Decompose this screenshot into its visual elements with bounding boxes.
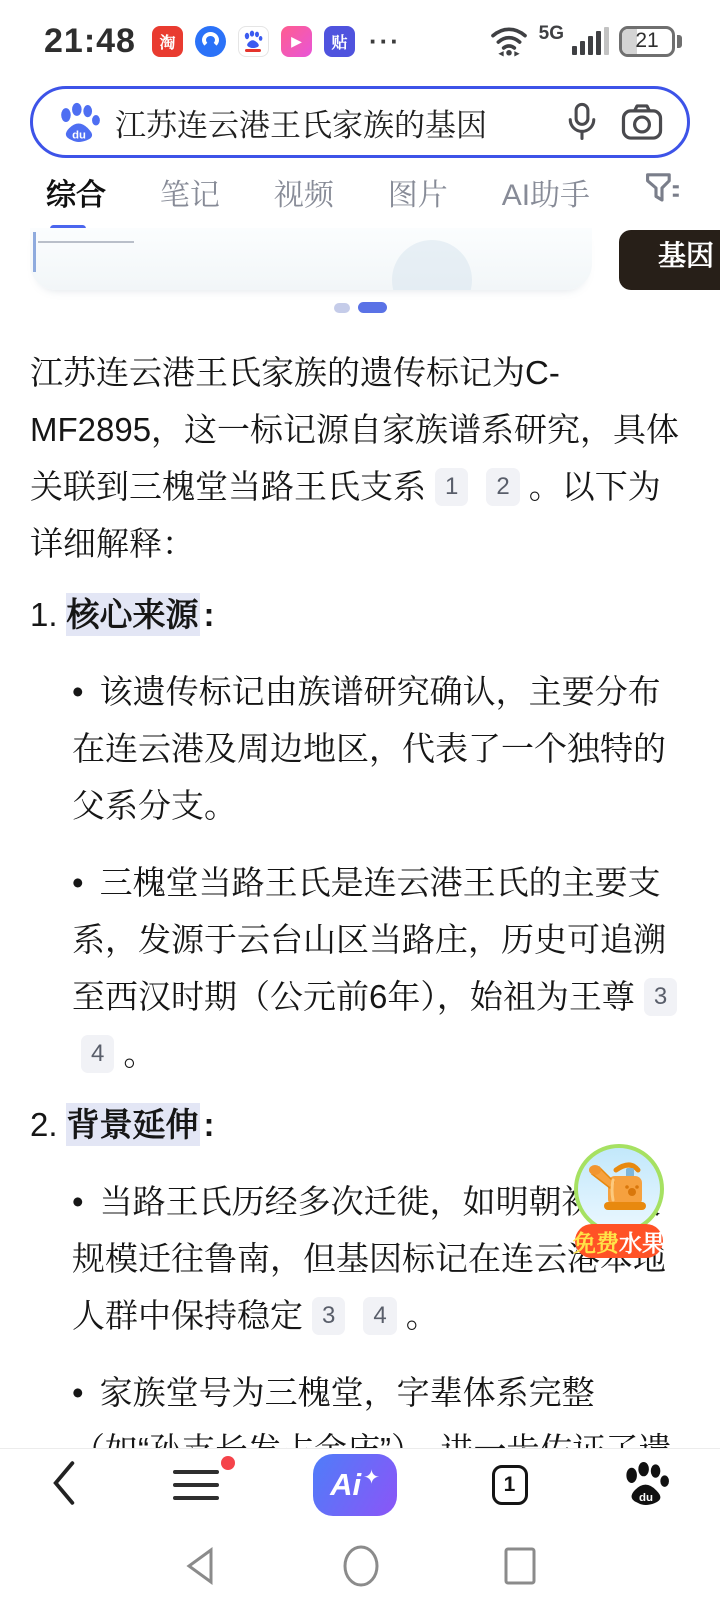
status-bar: 21:48 淘 ▶ 贴 ···	[0, 0, 720, 76]
promo-label-fruit: 水果	[619, 1225, 665, 1258]
notification-icons: 淘 ▶ 贴	[152, 26, 355, 57]
intro-paragraph: 江苏连云港王氏家族的遗传标记为C-MF2895，这一标记源自家族谱系研究，具体关…	[30, 344, 690, 572]
bullet-dot: •	[72, 864, 84, 901]
bullet-text: 该遗传标记由族谱研究确认，主要分布在连云港及周边地区，代表了一个独特的父系分支。	[72, 673, 666, 824]
baidu-logo-icon: du	[57, 102, 101, 142]
more-notifications-icon: ···	[369, 26, 401, 57]
citation-badge[interactable]: 1	[435, 468, 468, 506]
back-chevron-icon	[50, 1460, 78, 1506]
svg-text:du: du	[639, 1492, 653, 1504]
svg-text:du: du	[72, 130, 86, 142]
signal-bars-icon	[572, 27, 609, 55]
result-tabs: 综合 笔记 视频 图片 AI助手	[0, 164, 720, 222]
section-number: 2.	[30, 1106, 58, 1143]
tab-notes[interactable]: 笔记	[160, 170, 220, 224]
baidu-paw-icon: du	[622, 1461, 670, 1505]
promo-label-free: 免费	[573, 1225, 619, 1258]
section-number: 1.	[30, 596, 58, 633]
tab-comprehensive[interactable]: 综合	[46, 170, 106, 224]
menu-icon	[173, 1470, 219, 1474]
citation-badge[interactable]: 4	[363, 1297, 396, 1335]
network-type-label: 5G	[539, 23, 564, 45]
baidu-app-icon	[238, 26, 269, 57]
citation-badge[interactable]: 2	[486, 468, 519, 506]
section-title: 核心来源	[66, 593, 200, 636]
baidu-redbar	[245, 49, 261, 52]
wifi-icon	[489, 25, 529, 57]
menu-button[interactable]	[173, 1470, 219, 1500]
tieba-app-icon: 贴	[324, 26, 355, 57]
carousel-thumbnail[interactable]: 基因	[619, 230, 720, 290]
tab-video[interactable]: 视频	[274, 170, 334, 224]
result-carousel: 基因	[0, 226, 720, 326]
citation-badge[interactable]: 3	[312, 1297, 345, 1335]
bullet-after: 。	[123, 1035, 156, 1072]
nav-back-triangle-icon[interactable]	[183, 1546, 219, 1586]
pagination-dot[interactable]	[334, 303, 350, 313]
card-remnant-hline	[38, 241, 134, 243]
baidu-paw-icon	[243, 30, 263, 48]
voice-search-button[interactable]	[565, 102, 599, 142]
bottom-app-nav: Ai✦ 1 du	[0, 1448, 720, 1521]
back-button[interactable]	[50, 1460, 78, 1511]
microphone-icon	[565, 102, 599, 142]
section-heading-1: 1.核心来源:	[30, 586, 690, 643]
tab-count-label: 1	[504, 1473, 516, 1497]
taobao-glyph: 淘	[159, 30, 175, 53]
pagination-dot-active[interactable]	[358, 302, 387, 313]
play-icon: ▶	[291, 33, 302, 50]
bullet-after: 。	[406, 1297, 439, 1334]
bullet-text: 三槐堂当路王氏是连云港王氏的主要支系，发源于云台山区当路庄，历史可追溯至西汉时期…	[72, 864, 666, 1015]
sparkle-icon: ✦	[363, 1465, 380, 1490]
promo-float-widget[interactable]: 免费水果	[574, 1144, 666, 1234]
notification-dot	[221, 1456, 235, 1470]
card-remnant-decoration	[392, 240, 472, 290]
filter-button[interactable]	[644, 171, 680, 223]
baidu-home-button[interactable]: du	[622, 1461, 670, 1510]
ai-answer: 江苏连云港王氏家族的遗传标记为C-MF2895，这一标记源自家族谱系研究，具体关…	[0, 344, 720, 1478]
carousel-card-remnant[interactable]	[30, 228, 592, 290]
watering-can-icon	[586, 1158, 652, 1220]
bullet-dot: •	[72, 673, 84, 710]
cellular-signal: 5G	[539, 27, 609, 55]
clock: 21:48	[44, 22, 136, 61]
promo-pill[interactable]: 免费水果	[575, 1224, 663, 1258]
battery-icon: 21	[619, 26, 675, 57]
quark-app-icon	[195, 26, 226, 57]
ai-assistant-button[interactable]: Ai✦	[313, 1454, 397, 1516]
phone-screen: 21:48 淘 ▶ 贴 ···	[0, 0, 720, 1610]
status-indicators: 5G 21	[489, 25, 682, 57]
battery-nub	[677, 35, 682, 48]
promo-circle[interactable]	[574, 1144, 664, 1234]
card-remnant-vline	[33, 232, 36, 272]
filter-funnel-icon	[644, 171, 680, 205]
citation-badge[interactable]: 4	[81, 1035, 114, 1073]
citation-badge[interactable]: 3	[644, 978, 677, 1016]
tieba-glyph: 贴	[331, 30, 347, 53]
android-nav-bar	[0, 1521, 720, 1610]
camera-icon	[621, 103, 663, 141]
tab-count-button[interactable]: 1	[492, 1465, 528, 1505]
section-title: 背景延伸	[66, 1103, 200, 1146]
search-input[interactable]: 江苏连云港王氏家族的基因	[115, 100, 543, 145]
bullet-item: •该遗传标记由族谱研究确认，主要分布在连云港及周边地区，代表了一个独特的父系分支…	[30, 663, 690, 834]
section-colon: :	[204, 1106, 215, 1143]
section-colon: :	[204, 596, 215, 633]
search-bar[interactable]: du 江苏连云港王氏家族的基因	[30, 86, 690, 158]
battery-level: 21	[635, 29, 658, 53]
battery-indicator: 21	[619, 26, 682, 57]
nav-recents-square-icon[interactable]	[503, 1546, 537, 1586]
thumbnail-caption: 基因	[658, 234, 714, 290]
bullet-dot: •	[72, 1183, 84, 1220]
tab-ai-assistant[interactable]: AI助手	[502, 170, 590, 224]
taobao-app-icon: 淘	[152, 26, 183, 57]
tab-images[interactable]: 图片	[388, 170, 448, 224]
bullet-item: •三槐堂当路王氏是连云港王氏的主要支系，发源于云台山区当路庄，历史可追溯至西汉时…	[30, 854, 690, 1082]
carousel-pagination	[0, 302, 720, 313]
video-app-icon: ▶	[281, 26, 312, 57]
bullet-dot: •	[72, 1374, 84, 1411]
nav-home-circle-icon[interactable]	[341, 1543, 381, 1589]
camera-search-button[interactable]	[621, 103, 663, 141]
ai-button-label: Ai	[330, 1467, 361, 1503]
